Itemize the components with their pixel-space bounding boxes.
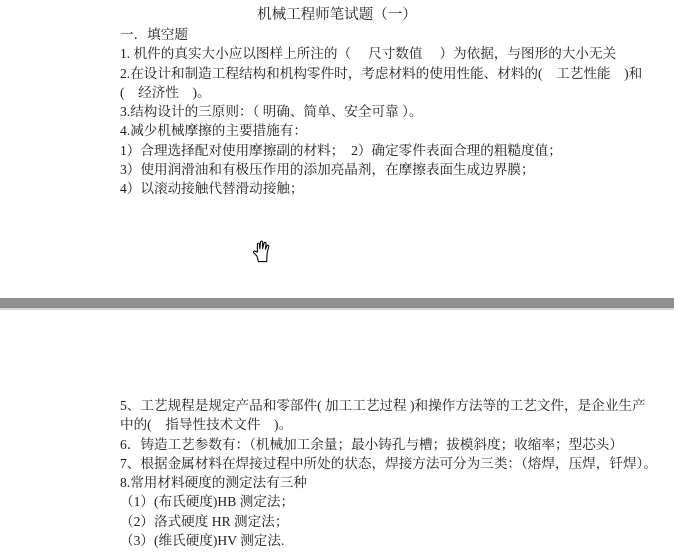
text-line: 1）合理选择配对使用摩擦副的材料； 2）确定零件表面合理的粗糙度值； (120, 141, 668, 160)
text-line: （1）(布氏硬度)HB 测定法； (120, 492, 668, 511)
text-line: 1. 机件的真实大小应以图样上所注的（ 尺寸数值 ）为依据，与图形的大小无关 (120, 44, 668, 63)
text-line: 6．铸造工艺参数有：（机械加工余量；最小铸孔与槽；拔模斜度；收缩率；型芯头） (120, 435, 668, 454)
text-line: 4）以滚动接触代替滑动接触； (120, 179, 668, 198)
text-line: 8.常用材料硬度的测定法有三种 (120, 473, 668, 492)
text-line: 2.在设计和制造工程结构和机构零件时，考虑材料的使用性能、材料的( 工艺性能 )… (120, 64, 668, 83)
page-1-text-block: 一．填空题 1. 机件的真实大小应以图样上所注的（ 尺寸数值 ）为依据，与图形的… (120, 25, 668, 199)
text-line: ( 经济性 )。 (120, 83, 668, 102)
text-line: （3）(维氏硬度)HV 测定法. (120, 531, 668, 550)
document-viewer: 机械工程师笔试题（一） 一．填空题 1. 机件的真实大小应以图样上所注的（ 尺寸… (0, 0, 674, 552)
text-line: （2）洛式硬度 HR 测定法； (120, 512, 668, 531)
text-line: 3）使用润滑油和有极压作用的添加亮晶剂，在摩擦表面生成边界膜； (120, 160, 668, 179)
page-break-separator (0, 298, 674, 310)
page-2-text-block: 5、工艺规程是规定产品和零部件( 加工工艺过程 )和操作方法等的工艺文件，是企业… (120, 396, 668, 550)
text-line: 中的( 指导性技术文件 )。 (120, 415, 668, 434)
text-line: 7、根据金属材料在焊接过程中所处的状态，焊接方法可分为三类：（熔焊，压焊，钎焊）… (120, 454, 668, 473)
text-line: 5、工艺规程是规定产品和零部件( 加工工艺过程 )和操作方法等的工艺文件，是企业… (120, 396, 668, 415)
hand-grab-cursor-icon (251, 239, 271, 263)
text-line: 3.结构设计的三原则：（ 明确、简单、安全可靠 ）。 (120, 102, 668, 121)
text-line: 4.减少机械摩擦的主要措施有： (120, 121, 668, 140)
text-line: 一．填空题 (120, 25, 668, 44)
document-title: 机械工程师笔试题（一） (0, 6, 674, 25)
